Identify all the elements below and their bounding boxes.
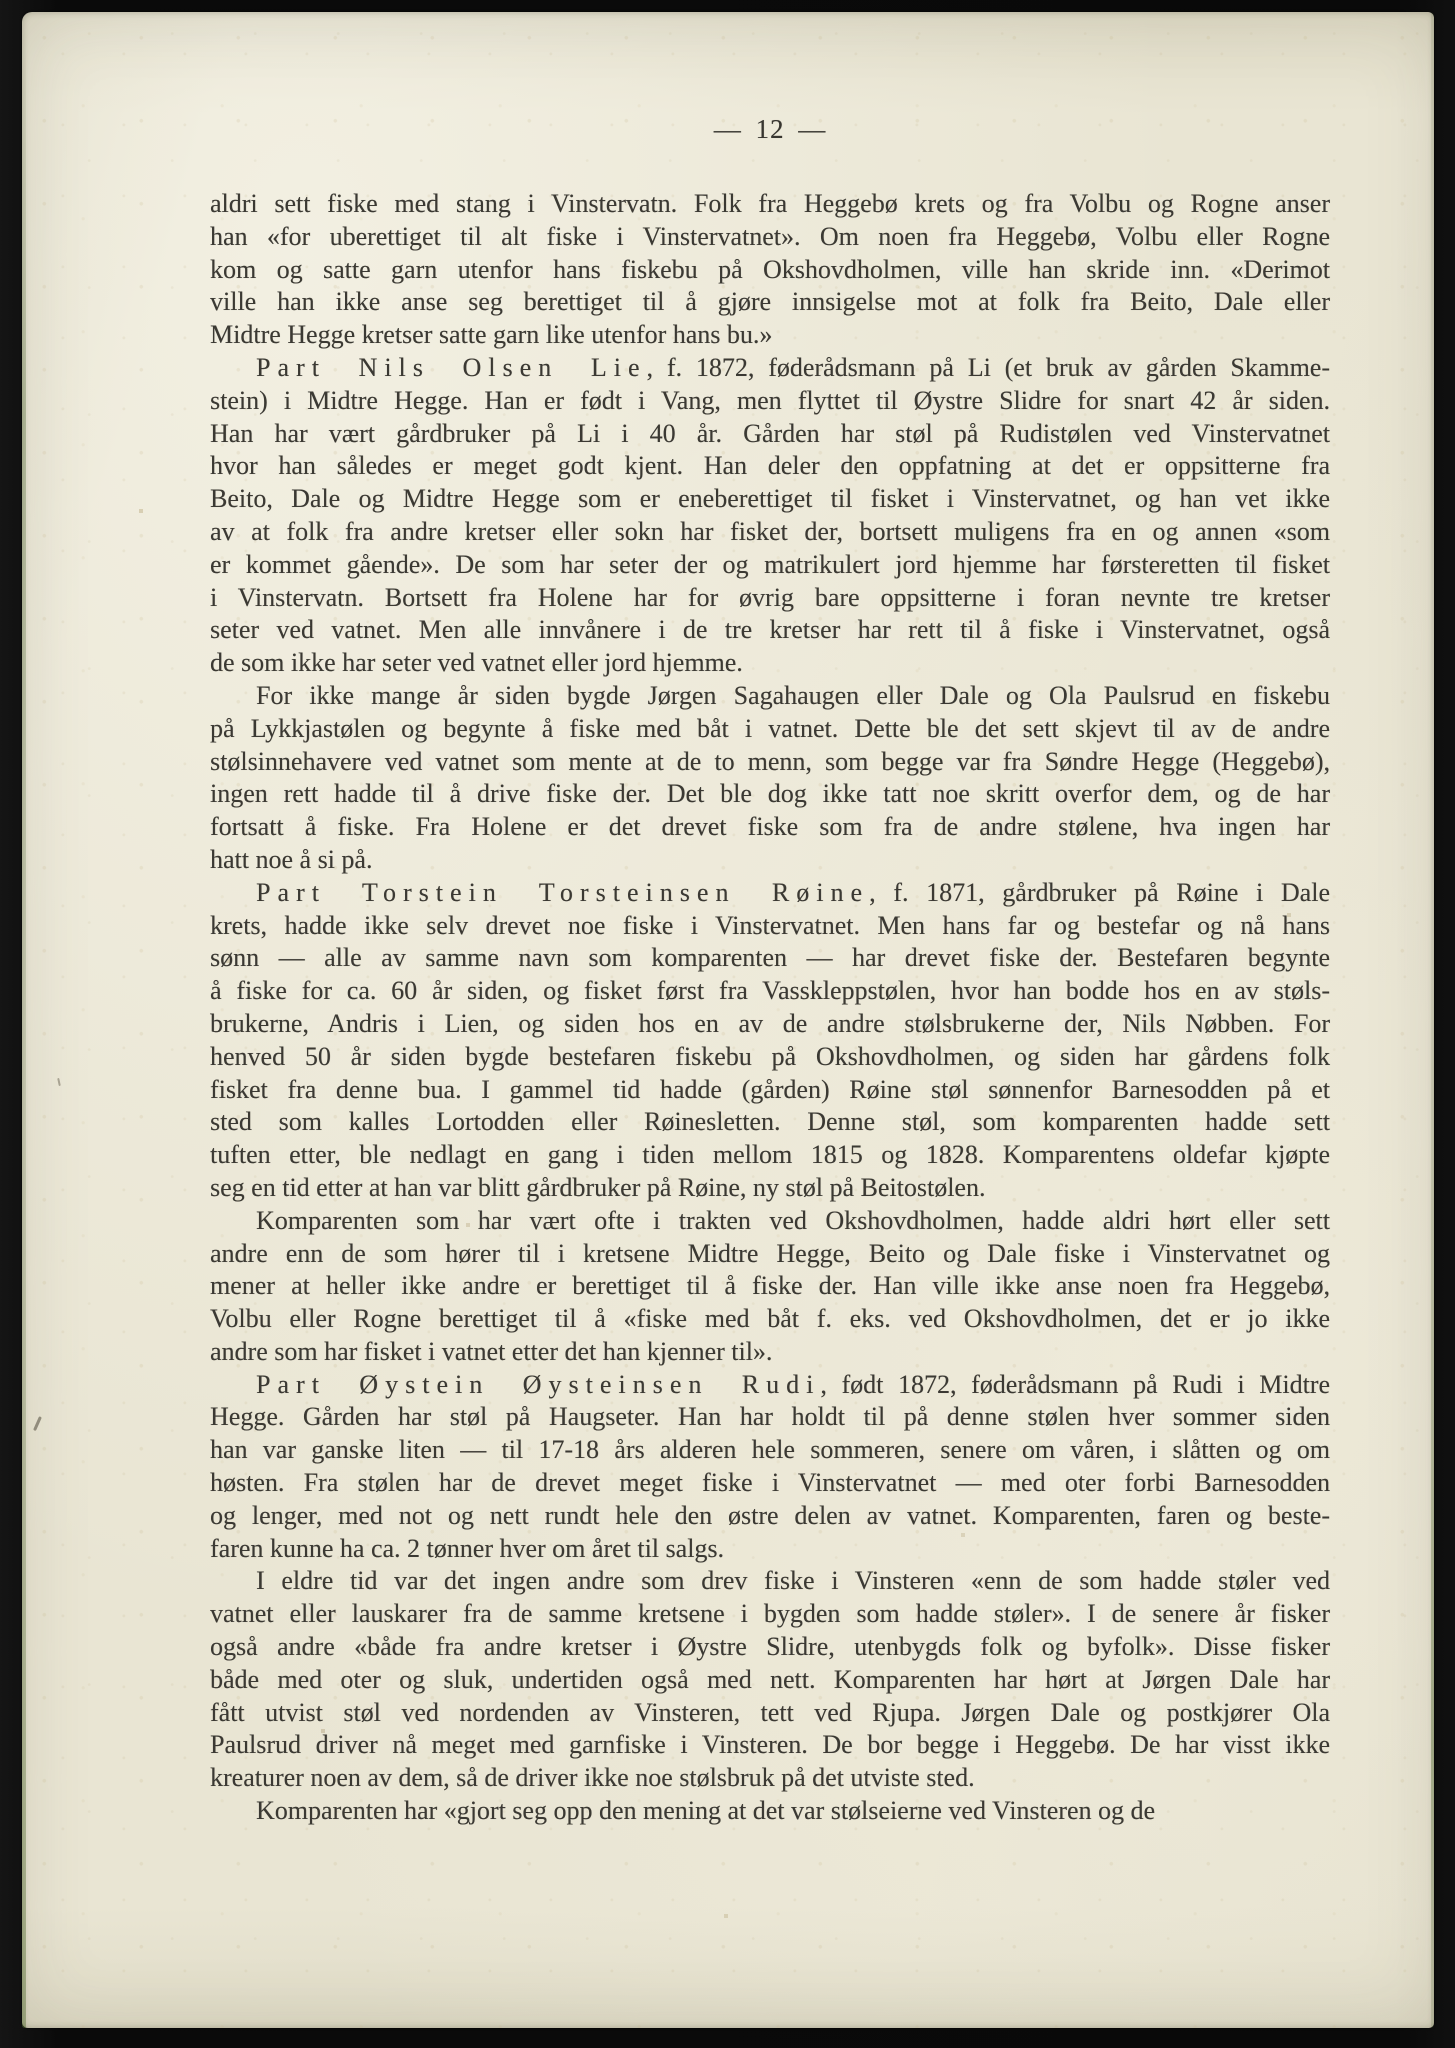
text-line: krets, hadde ikke selv drevet noe fiske …	[210, 910, 1330, 943]
scan-background: — 12 — aldri sett fiske med stang i Vins…	[0, 0, 1455, 2048]
text-line: Volbu eller Rogne berettiget til å «fisk…	[210, 1303, 1330, 1336]
text-line: faren kunne ha ca. 2 tønner hver om året…	[210, 1533, 1330, 1566]
text-line: kom og satte garn utenfor hans fiskebu p…	[210, 254, 1330, 287]
text-segment: , født 1872, føderådsmann på Rudi i Midt…	[820, 1370, 1330, 1399]
text-line: andre enn de som hører til i kretsene Mi…	[210, 1238, 1330, 1271]
text-line: seg en tid etter at han var blitt gårdbr…	[210, 1172, 1330, 1205]
text-line: seter ved vatnet. Men alle innvånere i d…	[210, 614, 1330, 647]
party-name: Part Torstein Torsteinsen Røine	[256, 878, 869, 907]
text-line: For ikke mange år siden bygde Jørgen Sag…	[210, 680, 1330, 713]
text-line: Komparenten som har vært ofte i trakten …	[210, 1205, 1330, 1238]
text-line: av at folk fra andre kretser eller sokn …	[210, 516, 1330, 549]
text-line: sted som kalles Lortodden eller Røinesle…	[210, 1106, 1330, 1139]
text-line: fortsatt å fiske. Fra Holene er det drev…	[210, 811, 1330, 844]
text-line: fått utvist støl ved nordenden av Vinste…	[210, 1697, 1330, 1730]
text-line: også andre «både fra andre kretser i Øys…	[210, 1631, 1330, 1664]
text-line: sønn — alle av samme navn som komparente…	[210, 942, 1330, 975]
text-line: fisket fra denne bua. I gammel tid hadde…	[210, 1074, 1330, 1107]
text-line: Part Torstein Torsteinsen Røine, f. 1871…	[210, 877, 1330, 910]
paper-fibers	[22, 12, 24, 14]
text-line: andre som har fisket i vatnet etter det …	[210, 1336, 1330, 1369]
text-line: ville han ikke anse seg berettiget til å…	[210, 286, 1330, 319]
text-line: hvor han således er meget godt kjent. Ha…	[210, 450, 1330, 483]
text-line: aldri sett fiske med stang i Vinstervatn…	[210, 188, 1330, 221]
text-line: mener at heller ikke andre er berettiget…	[210, 1270, 1330, 1303]
text-line: henved 50 år siden bygde bestefaren fisk…	[210, 1041, 1330, 1074]
text-line: Part Nils Olsen Lie, f. 1872, føderådsma…	[210, 352, 1330, 385]
text-segment: , f. 1872, føderådsmann på Li (et bruk a…	[647, 353, 1330, 382]
text-line: Part Øystein Øysteinsen Rudi, født 1872,…	[210, 1369, 1330, 1402]
text-line: han var ganske liten — til 17-18 års ald…	[210, 1434, 1330, 1467]
text-line: Paulsrud driver nå meget med garnfiske i…	[210, 1729, 1330, 1762]
text-line: Beito, Dale og Midtre Hegge som er enebe…	[210, 483, 1330, 516]
text-line: Han har vært gårdbruker på Li i 40 år. G…	[210, 418, 1330, 451]
text-line: både med oter og sluk, undertiden også m…	[210, 1664, 1330, 1697]
text-line: er kommet gående». De som har seter der …	[210, 549, 1330, 582]
text-line: han «for uberettiget til alt fiske i Vin…	[210, 221, 1330, 254]
text-line: de som ikke har seter ved vatnet eller j…	[210, 647, 1330, 680]
text-line: på Lykkjastølen og begynte å fiske med b…	[210, 713, 1330, 746]
text-line: høsten. Fra stølen har de drevet meget f…	[210, 1467, 1330, 1500]
text-line: brukerne, Andris i Lien, og siden hos en…	[210, 1008, 1330, 1041]
text-line: å fiske for ca. 60 år siden, og fisket f…	[210, 975, 1330, 1008]
page-text: aldri sett fiske med stang i Vinstervatn…	[210, 188, 1330, 1828]
text-line: Komparenten har «gjort seg opp den menin…	[210, 1795, 1330, 1828]
text-line: ingen rett hadde til å drive fiske der. …	[210, 778, 1330, 811]
document-page: — 12 — aldri sett fiske med stang i Vins…	[22, 12, 1434, 2028]
text-line: vatnet eller lauskarer fra de samme kret…	[210, 1598, 1330, 1631]
scan-artifact	[57, 1078, 61, 1086]
page-number: — 12 —	[210, 114, 1330, 145]
text-line: Midtre Hegge kretser satte garn like ute…	[210, 319, 1330, 352]
text-line: I eldre tid var det ingen andre som drev…	[210, 1565, 1330, 1598]
text-line: tuften etter, ble nedlagt en gang i tide…	[210, 1139, 1330, 1172]
party-name: Part Nils Olsen Lie	[256, 353, 647, 382]
text-line: kreaturer noen av dem, så de driver ikke…	[210, 1762, 1330, 1795]
scan-artifact	[33, 1416, 41, 1431]
text-line: stein) i Midtre Hegge. Han er født i Van…	[210, 385, 1330, 418]
text-line: og lenger, med not og nett rundt hele de…	[210, 1500, 1330, 1533]
text-line: stølsinnehavere ved vatnet som mente at …	[210, 746, 1330, 779]
text-segment: , f. 1871, gårdbruker på Røine i Dale	[869, 878, 1330, 907]
party-name: Part Øystein Øysteinsen Rudi	[256, 1370, 820, 1399]
text-line: hatt noe å si på.	[210, 844, 1330, 877]
text-line: Hegge. Gården har støl på Haugseter. Han…	[210, 1401, 1330, 1434]
text-line: i Vinstervatn. Bortsett fra Holene har f…	[210, 582, 1330, 615]
